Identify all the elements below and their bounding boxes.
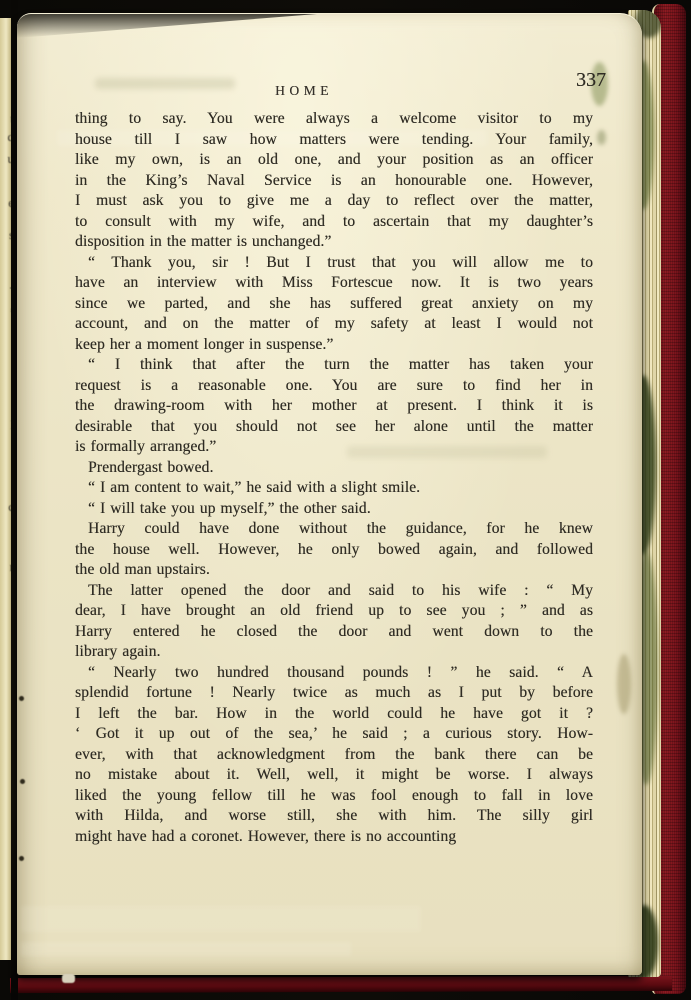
paragraph: “ I am content to wait,” he said with a … — [75, 478, 593, 499]
text-line: house till I saw how matters were tendin… — [75, 130, 593, 151]
text-line: the house well. However, he only bowed a… — [75, 540, 593, 561]
text-line: “ I will take you up myself,” the other … — [75, 499, 593, 520]
text-line: like my own, is an old one, and your pos… — [75, 150, 593, 171]
text-line: no mistake about it. Well, well, it migh… — [75, 765, 593, 786]
paper-speck — [62, 974, 75, 983]
text-line: liked the young fellow till he was fool … — [75, 786, 593, 807]
cut-off-letter: d — [3, 130, 11, 143]
text-line: ever, with that acknowledgment from the … — [75, 745, 593, 766]
cut-off-letter: e — [3, 196, 11, 209]
text-line: keep her a moment longer in suspense.” — [75, 335, 593, 356]
book-page: HOME 337 thing to say. You were always a… — [17, 13, 642, 975]
brown-stain — [617, 654, 631, 714]
cut-off-letter: r — [3, 560, 11, 573]
book-photo: tdues-’lcr HOME 337 thing to say. You we… — [0, 0, 691, 1000]
text-line: splendid fortune ! Nearly twice as much … — [75, 683, 593, 704]
text-line: “ Nearly two hundred thousand pounds ! ”… — [75, 663, 593, 684]
text-line: request is a reasonable one. You are sur… — [75, 376, 593, 397]
running-title: HOME — [275, 83, 333, 99]
text-line: have an interview with Miss Fortescue no… — [75, 273, 593, 294]
cut-off-letter: - — [3, 280, 11, 293]
text-line: with Hilda, and worse still, she with hi… — [75, 806, 593, 827]
text-line: Prendergast bowed. — [75, 458, 593, 479]
text-line: might have had a coronet. However, there… — [75, 827, 593, 848]
cut-off-letter: s — [3, 228, 11, 241]
text-line: I must ask you to give me a day to refle… — [75, 191, 593, 212]
paragraph: thing to say. You were always a welcome … — [75, 109, 593, 253]
text-line: the drawing-room with her mother at pres… — [75, 396, 593, 417]
cut-off-letter: c — [3, 500, 11, 513]
paragraph: Harry could have done without the guidan… — [75, 519, 593, 581]
text-line: desirable that you should not see her al… — [75, 417, 593, 438]
text-line: disposition in the matter is unchanged.” — [75, 232, 593, 253]
scan-artifact — [21, 942, 351, 956]
paragraph: “ Thank you, sir ! But I trust that you … — [75, 253, 593, 356]
printed-content: HOME 337 thing to say. You were always a… — [75, 14, 593, 847]
text-line: The latter opened the door and said to h… — [75, 581, 593, 602]
text-line: ‘ Got it up out of the sea,’ he said ; a… — [75, 724, 593, 745]
text-line: library again. — [75, 642, 593, 663]
cut-off-letter: l — [3, 418, 11, 431]
text-line: is formally arranged.” — [75, 437, 593, 458]
speck — [19, 696, 24, 701]
cut-off-letter: u — [3, 152, 11, 165]
text-line: “ Thank you, sir ! But I trust that you … — [75, 253, 593, 274]
scan-artifact — [21, 906, 421, 932]
text-line: Harry entered he closed the door and wen… — [75, 622, 593, 643]
text-block: thing to say. You were always a welcome … — [75, 109, 593, 847]
text-line: since we parted, and she has suffered gr… — [75, 294, 593, 315]
book-cover-bottom — [10, 976, 672, 993]
text-line: dear, I have brought an old friend up to… — [75, 601, 593, 622]
text-line: “ I am content to wait,” he said with a … — [75, 478, 593, 499]
paragraph: The latter opened the door and said to h… — [75, 581, 593, 663]
paragraph: “ I will take you up myself,” the other … — [75, 499, 593, 520]
text-line: thing to say. You were always a welcome … — [75, 109, 593, 130]
text-line: I left the bar. How in the world could h… — [75, 704, 593, 725]
text-line: account, and on the matter of my safety … — [75, 314, 593, 335]
speck — [20, 779, 25, 784]
paragraph: Prendergast bowed. — [75, 458, 593, 479]
text-line: the old man upstairs. — [75, 560, 593, 581]
cut-off-letter: ’ — [3, 306, 11, 319]
text-line: Harry could have done without the guidan… — [75, 519, 593, 540]
paragraph: “ I think that after the turn the matter… — [75, 355, 593, 458]
text-line: “ I think that after the turn the matter… — [75, 355, 593, 376]
speck — [19, 856, 24, 861]
text-line: in the King’s Naval Service is an honour… — [75, 171, 593, 192]
facing-page-edge: tdues-’lcr — [0, 18, 11, 960]
text-line: to consult with my wife, and to ascertai… — [75, 212, 593, 233]
page-header: HOME 337 — [75, 76, 593, 109]
green-stain — [597, 130, 606, 145]
page-number: 337 — [576, 69, 606, 92]
cut-off-letter: t — [3, 112, 11, 125]
paragraph: “ Nearly two hundred thousand pounds ! ”… — [75, 663, 593, 848]
